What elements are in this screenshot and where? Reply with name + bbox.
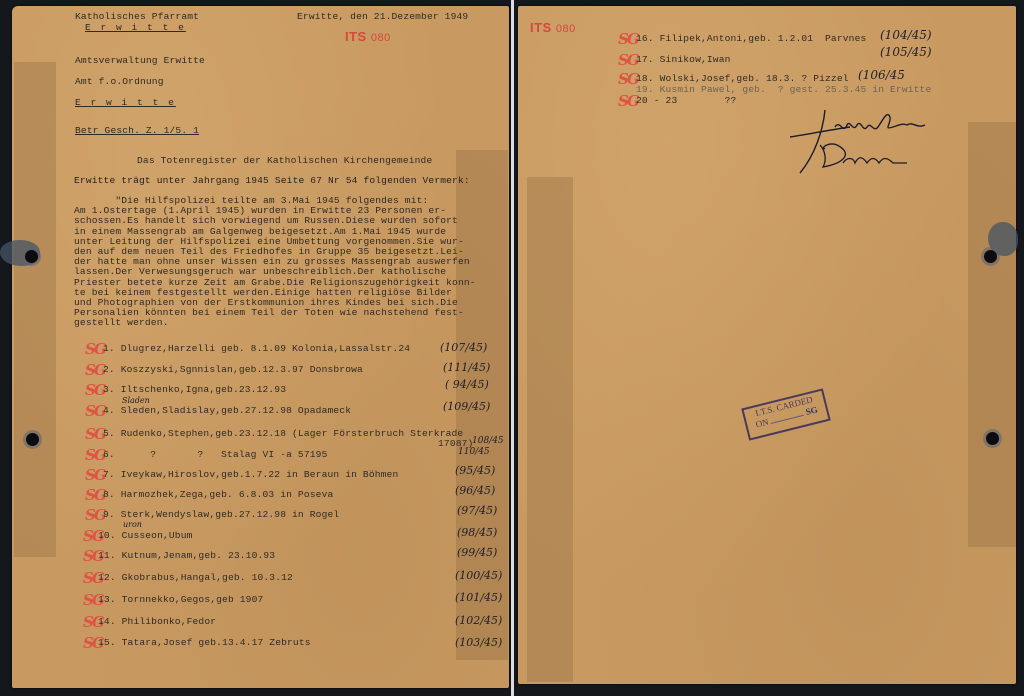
red-check-mark: SG — [618, 70, 638, 88]
entry-text: 12. Gkobrabus,Hangal,geb. 10.3.12 — [98, 573, 293, 583]
recipient-line2: Amt f.o.Ordnung — [75, 77, 164, 87]
entry-annotation: (96/45) — [455, 484, 495, 497]
entry-correction: uron — [123, 520, 142, 529]
entry-text: 19. Kusmin Pawel, geb. ? gest. 25.3.45 i… — [636, 85, 931, 95]
entry-text: 1. Dlugrez,Harzelli geb. 8.1.09 Kolonia,… — [103, 344, 410, 354]
tape-strip-left — [14, 62, 56, 557]
red-check-mark: SG — [85, 381, 105, 399]
entry-text: 9. Sterk,Wendyslaw,geb.27.12.98 in Rogel — [103, 510, 339, 520]
quote-line: gestellt werden. — [74, 318, 476, 328]
recipient-line3: E r w i t t e — [75, 98, 176, 108]
date-line: Erwitte, den 21.Dezember 1949 — [297, 12, 468, 22]
letterhead-line2: E r w i t t e — [85, 23, 186, 33]
entry-correction: Sladen — [122, 396, 150, 405]
intro-line1: Das Totenregister der Katholischen Kirch… — [137, 156, 432, 166]
entry-annotation: (111/45) — [443, 361, 490, 374]
carded-stamp-mark: SG — [805, 404, 819, 417]
entry-annotation: (103/45) — [455, 636, 502, 649]
entry-text: 13. Tornnekko,Gegos,geb 1907 — [98, 595, 263, 605]
entry-annotation: (99/45) — [457, 546, 497, 559]
punch-hole-icon — [26, 433, 39, 446]
page-divider — [511, 0, 514, 696]
entry-text: 10. Cusseon,Ubum — [98, 531, 193, 541]
recipient-line1: Amtsverwaltung Erwitte — [75, 56, 205, 66]
red-check-mark: SG — [85, 340, 105, 358]
punch-hole-icon — [984, 250, 997, 263]
tape-strip-right — [968, 122, 1016, 547]
entry-text: 15. Tatara,Josef geb.13.4.17 Zebruts — [98, 638, 311, 648]
entry-text: 17. Sinikow,Iwan — [636, 55, 731, 65]
entry-text: 14. Philibonko,Fedor — [98, 617, 216, 627]
tape-strip-right-margin — [527, 177, 573, 682]
entry-annotation: 110/45 — [458, 447, 490, 457]
red-check-mark: SG — [85, 466, 105, 484]
red-check-mark: SG — [85, 361, 105, 379]
entry-annotation: (106/45 — [858, 68, 905, 82]
entry-text: 5. Rudenko,Stephen,geb.23.12.18 (Lager F… — [103, 429, 463, 439]
red-check-mark: SG — [85, 425, 105, 443]
entry-text: 2. Koszzyski,Sgnnislan,geb.12.3.97 Donsb… — [103, 365, 363, 375]
entry-annotation: (104/45) — [880, 28, 932, 42]
entry-text: 11. Kutnum,Jenam,geb. 23.10.93 — [98, 551, 275, 561]
entry-annotation: (98/45) — [457, 526, 497, 539]
letterhead-line1: Katholisches Pfarramt — [75, 12, 199, 22]
red-check-mark: SG — [85, 506, 105, 524]
red-check-mark: SG — [618, 92, 638, 110]
entry-annotation: (105/45) — [880, 45, 932, 59]
entry-annotation: (100/45) — [455, 569, 502, 582]
red-check-mark: SG — [85, 446, 105, 464]
punch-hole-icon — [25, 250, 38, 263]
its-stamp: ITS 080 — [345, 29, 391, 44]
red-check-mark: SG — [618, 51, 638, 69]
entry-text: 4. Sleden,Sladislay,geb.27.12.98 Opadame… — [103, 406, 351, 416]
red-check-mark: SG — [85, 402, 105, 420]
entry-annotation: (97/45) — [457, 504, 497, 517]
its-stamp-prefix: ITS — [345, 29, 367, 44]
entry-annotation: (95/45) — [455, 464, 495, 477]
entry-text: 8. Harmozhek,Zega,geb. 6.8.03 in Poseva — [103, 490, 333, 500]
entry-text: 3. Iltschenko,Igna,geb.23.12.93 — [103, 385, 286, 395]
intro-line2: Erwitte trägt unter Jahrgang 1945 Seite … — [74, 176, 470, 186]
entry-annotation: (102/45) — [455, 614, 502, 627]
signature-icon — [775, 105, 945, 180]
its-stamp-number: 080 — [556, 23, 576, 35]
red-check-mark: SG — [618, 30, 638, 48]
punch-hole-icon — [986, 432, 999, 445]
entry-annotation: (109/45) — [443, 400, 490, 413]
reference-line: Betr Gesch. Z. 1/5. 1 — [75, 126, 199, 136]
its-stamp-number: 080 — [371, 32, 391, 44]
entry-annotation: 108/45 — [472, 436, 504, 446]
its-stamp-right: ITS 080 — [530, 20, 576, 35]
entry-text: 20 - 23 ?? — [636, 96, 736, 106]
entry-annotation: (107/45) — [440, 341, 487, 354]
entry-text: 7. Iveykaw,Hiroslov,geb.1.7.22 in Beraun… — [103, 470, 398, 480]
red-check-mark: SG — [85, 486, 105, 504]
entry-text: 6. ? ? Stalag VI -a 57195 — [103, 450, 327, 460]
carded-stamp-on: ON — [755, 417, 770, 430]
entry-annotation: ( 94/45) — [445, 378, 489, 391]
entry-text: 16. Filipek,Antoni,geb. 1.2.01 Parvnes — [636, 34, 866, 44]
entry-text: 18. Wolski,Josef,geb. 18.3. ? Pizzel — [636, 74, 849, 84]
quote-block: "Die Hilfspolizei teilte am 3.Mai 1945 f… — [74, 196, 476, 329]
its-stamp-prefix: ITS — [530, 20, 552, 35]
entry-annotation: (101/45) — [455, 591, 502, 604]
